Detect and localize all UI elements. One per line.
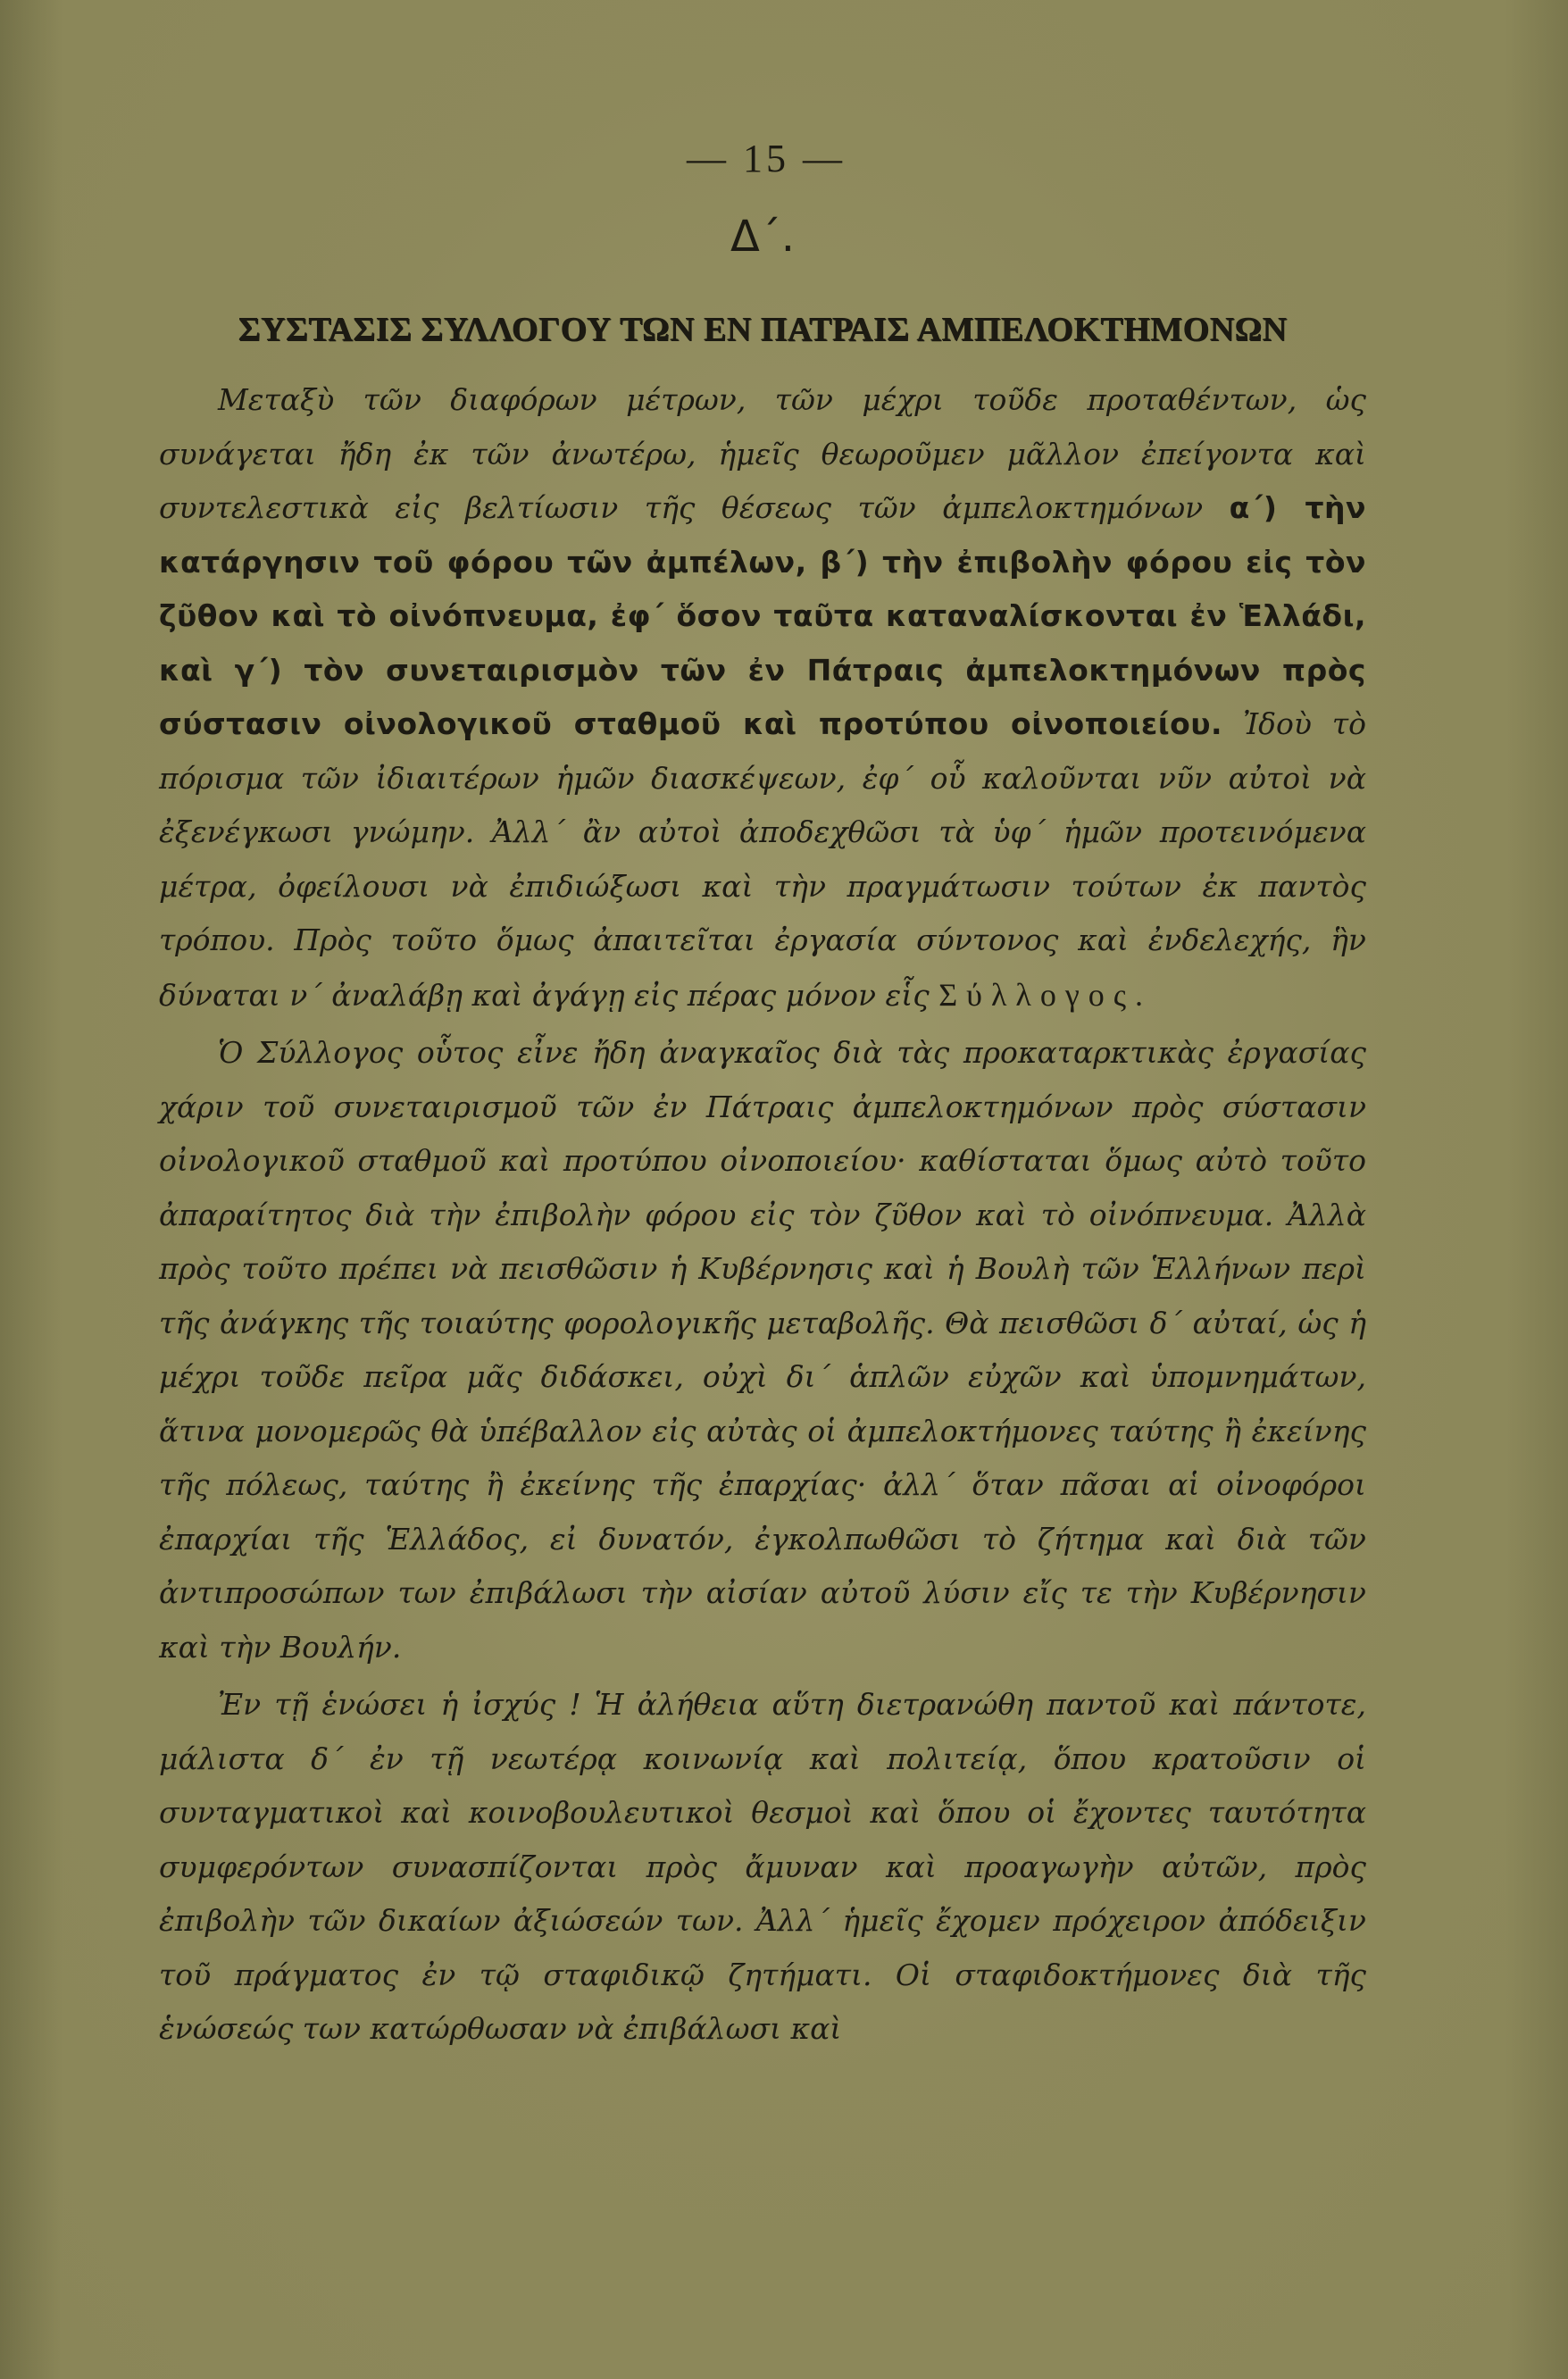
paragraph-2-text: Ὁ Σύλλογος οὗτος εἶνε ἤδη ἀναγκαῖος διὰ … (159, 1035, 1366, 1665)
paragraph-3-text: Ἐν τῇ ἑνώσει ἡ ἰσχύς ! Ἡ ἀλήθεια αὕτη δι… (159, 1687, 1366, 2046)
paragraph-1-text-continued: Ἰδοὺ τὸ πόρισμα τῶν ἰδιαιτέρων ἡμῶν διασ… (159, 706, 1366, 1013)
paragraph-1: Μεταξὺ τῶν διαφόρων μέτρων, τῶν μέχρι το… (159, 373, 1366, 1023)
book-page: — 15 — Δ΄. ΣΥΣΤΑΣΙΣ ΣΥΛΛΟΓΟΥ ΤΩΝ ΕΝ ΠΑΤΡ… (159, 134, 1366, 2057)
page-number: — 15 — (166, 134, 1366, 184)
section-title: ΣΥΣΤΑΣΙΣ ΣΥΛΛΟΓΟΥ ΤΩΝ ΕΝ ΠΑΤΡΑΙΣ ΑΜΠΕΛΟΚ… (159, 307, 1366, 352)
paragraph-1-spaced-word: Σύλλογος. (938, 977, 1152, 1013)
paragraph-1-text: Μεταξὺ τῶν διαφόρων μέτρων, τῶν μέχρι το… (159, 382, 1366, 525)
section-mark: Δ΄. (159, 205, 1366, 268)
paragraph-2: Ὁ Σύλλογος οὗτος εἶνε ἤδη ἀναγκαῖος διὰ … (159, 1026, 1366, 1674)
paragraph-3: Ἐν τῇ ἑνώσει ἡ ἰσχύς ! Ἡ ἀλήθεια αὕτη δι… (159, 1678, 1366, 2057)
paragraph-1-emphasis: α΄) τὴν κατάργησιν τοῦ φόρου τῶν ἀμπέλων… (159, 490, 1366, 741)
